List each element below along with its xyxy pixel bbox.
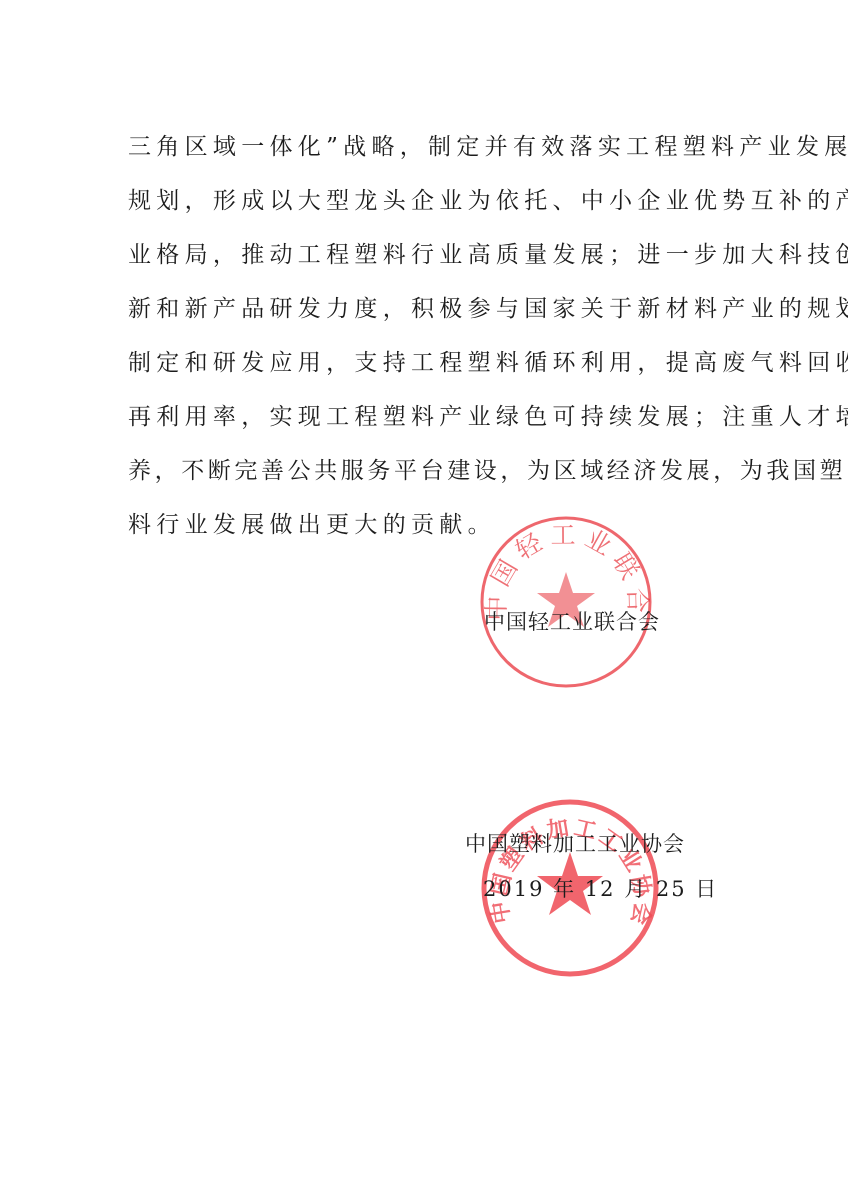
paragraph-line: 料行业发展做出更大的贡献。 [128,498,728,552]
paragraph-line: 制定和研发应用，支持工程塑料循环利用，提高废气料回收 [128,336,728,390]
document-page: 三角区域一体化”战略，制定并有效落实工程塑料产业发展 规划，形成以大型龙头企业为… [0,0,848,1200]
signatory-name: 中国塑料加工工业协会 [465,828,685,858]
paragraph-line: 规划，形成以大型龙头企业为依托、中小企业优势互补的产 [128,174,728,228]
paragraph-line: 三角区域一体化”战略，制定并有效落实工程塑料产业发展 [128,120,728,174]
document-date: 2019 年 12 月 25 日 [483,873,718,903]
paragraph-line: 再利用率，实现工程塑料产业绿色可持续发展；注重人才培 [128,390,728,444]
paragraph-line: 业格局，推动工程塑料行业高质量发展；进一步加大科技创 [128,228,728,282]
paragraph-line: 新和新产品研发力度，积极参与国家关于新材料产业的规划 [128,282,728,336]
body-paragraph: 三角区域一体化”战略，制定并有效落实工程塑料产业发展 规划，形成以大型龙头企业为… [128,120,728,552]
paragraph-line: 养，不断完善公共服务平台建设，为区域经济发展，为我国塑 [128,444,728,498]
signatory-name: 中国轻工业联合会 [484,606,660,636]
